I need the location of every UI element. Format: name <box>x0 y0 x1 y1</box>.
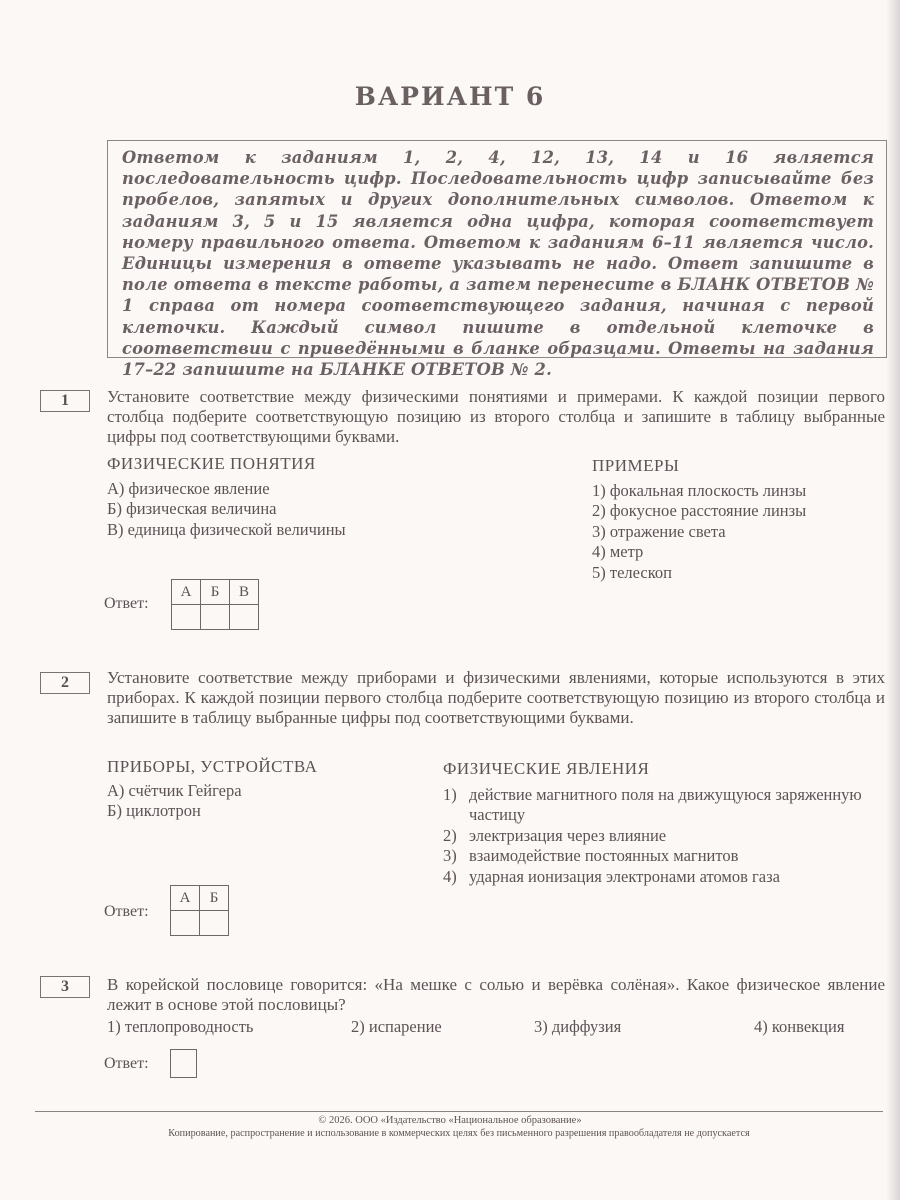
instruction-text: Ответом к заданиям 1, 2, 4, 12, 13, 14 и… <box>122 147 874 380</box>
list-item: 1) действие магнитного поля на движущуюс… <box>443 785 888 826</box>
answer-header-b: Б <box>201 580 230 605</box>
footer-copyright: © 2026. ООО «Издательство «Национальное … <box>0 1115 900 1126</box>
task-1-answer-label: Ответ: <box>104 595 149 613</box>
task-1-right-heading: ПРИМЕРЫ <box>592 456 679 476</box>
option-4: 4) конвекция <box>754 1017 844 1037</box>
answer-cell-b[interactable] <box>200 911 229 936</box>
task-2-answer-label: Ответ: <box>104 903 149 921</box>
task-2-text: Установите соответствие между приборами … <box>107 668 885 728</box>
list-item: 3) взаимодействие постоянных магнитов <box>443 846 888 866</box>
task-1-left-heading: ФИЗИЧЕСКИЕ ПОНЯТИЯ <box>107 454 316 474</box>
list-item: 4) ударная ионизация электронами атомов … <box>443 867 888 887</box>
option-2: 2) испарение <box>351 1017 442 1037</box>
option-3: 3) диффузия <box>534 1017 621 1037</box>
list-item: 2) электризация через влияние <box>443 826 888 846</box>
answer-header-a: А <box>171 886 200 911</box>
list-item: 1) фокальная плоскость линзы <box>592 481 806 501</box>
answer-header-a: А <box>172 580 201 605</box>
footer-divider <box>35 1111 883 1112</box>
list-item: Б) физическая величина <box>107 499 346 519</box>
task-1-text: Установите соответствие между физическим… <box>107 387 885 447</box>
list-item: Б) циклотрон <box>107 801 242 821</box>
task-number-1: 1 <box>40 390 90 412</box>
task-1-left-list: А) физическое явление Б) физическая вели… <box>107 479 346 540</box>
footer-notice: Копирование, распространение и использов… <box>35 1128 883 1139</box>
variant-title: ВАРИАНТ 6 <box>0 82 900 111</box>
task-2-left-heading: ПРИБОРЫ, УСТРОЙСТВА <box>107 757 317 777</box>
task-2-right-list: 1) действие магнитного поля на движущуюс… <box>443 785 888 887</box>
answer-header-v: В <box>230 580 259 605</box>
list-item: 5) телескоп <box>592 563 806 583</box>
task-1-answer-table: А Б В <box>171 579 259 630</box>
answer-cell-b[interactable] <box>201 605 230 630</box>
list-item: 2) фокусное расстояние линзы <box>592 501 806 521</box>
task-number-2: 2 <box>40 672 90 694</box>
task-2-left-list: А) счётчик Гейгера Б) циклотрон <box>107 781 242 822</box>
option-1: 1) теплопроводность <box>107 1017 253 1037</box>
task-3-answer-label: Ответ: <box>104 1055 149 1073</box>
list-item: В) единица физической величины <box>107 520 346 540</box>
task-3-text: В корейской пословице говорится: «На меш… <box>107 975 885 1015</box>
task-1-right-list: 1) фокальная плоскость линзы 2) фокусное… <box>592 481 806 583</box>
task-2-right-heading: ФИЗИЧЕСКИЕ ЯВЛЕНИЯ <box>443 759 649 779</box>
answer-header-b: Б <box>200 886 229 911</box>
answer-cell-a[interactable] <box>171 911 200 936</box>
page-edge-shadow <box>886 0 900 1200</box>
answer-cell-a[interactable] <box>172 605 201 630</box>
list-item: 4) метр <box>592 542 806 562</box>
list-item: 3) отражение света <box>592 522 806 542</box>
task-2-answer-table: А Б <box>170 885 229 936</box>
instruction-box: Ответом к заданиям 1, 2, 4, 12, 13, 14 и… <box>107 140 887 358</box>
list-item: А) физическое явление <box>107 479 346 499</box>
task-number-3: 3 <box>40 976 90 998</box>
list-item: А) счётчик Гейгера <box>107 781 242 801</box>
task-3-answer-box[interactable] <box>170 1049 197 1078</box>
answer-cell-v[interactable] <box>230 605 259 630</box>
